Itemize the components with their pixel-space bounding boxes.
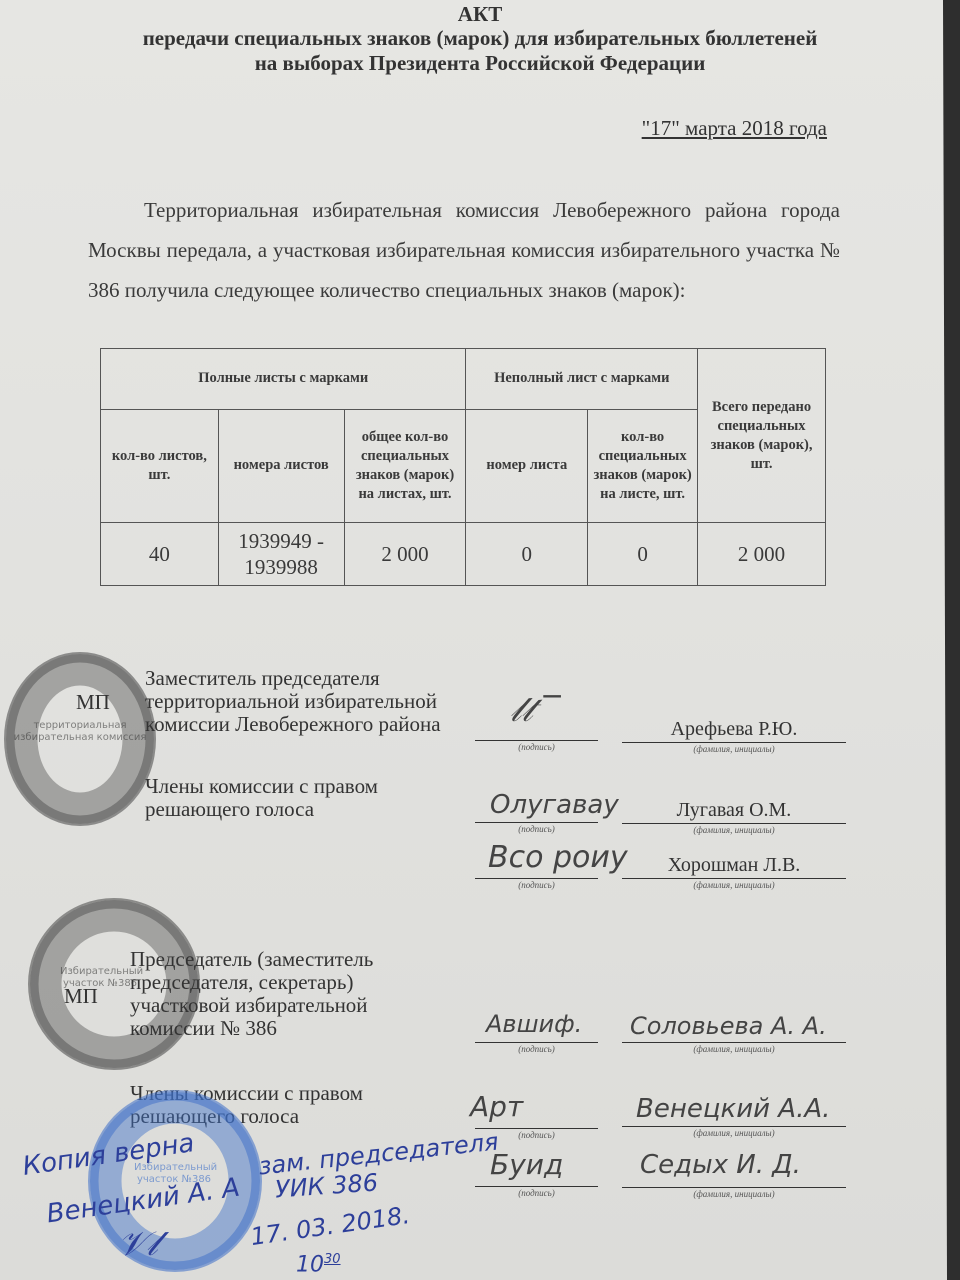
name-caption: (фамилия, инициалы) [622, 1044, 846, 1054]
col-sheet-numbers: номера листов [218, 409, 344, 522]
cert-signature: 𝒱𝓁 [118, 1224, 158, 1264]
tik-mp-label: МП [76, 690, 110, 715]
cell-sheet-numbers: 1939949 - 1939988 [218, 523, 344, 586]
col-partial-marks: кол-во специальных знаков (марок) на лис… [588, 409, 698, 522]
header-total: Всего передано специальных знаков (марок… [698, 349, 826, 523]
name-line [622, 742, 846, 743]
header-partial-sheet: Неполный лист с марками [466, 349, 698, 410]
member2-signature: Всо роиу [488, 840, 628, 875]
cell-total-transferred: 2 000 [698, 523, 826, 586]
cell-partial-marks: 0 [588, 523, 698, 586]
uik-role-label: Председатель (заместитель председателя, … [130, 948, 420, 1040]
marks-table: Полные листы с марками Неполный лист с м… [100, 348, 826, 586]
name-caption: (фамилия, инициалы) [622, 1189, 846, 1199]
name-caption: (фамилия, инициалы) [622, 825, 846, 835]
document-subtitle-line1: передачи специальных знаков (марок) для … [0, 26, 960, 51]
name-caption: (фамилия, инициалы) [622, 1128, 846, 1138]
name-line [622, 878, 846, 879]
tik-member-name-1: Лугавая О.М. [622, 799, 846, 822]
uik-member-name-1: Венецкий А.А. [636, 1094, 876, 1124]
signature-caption: (подпись) [475, 1044, 598, 1054]
uik-chair-name: Соловьева А. А. [630, 1012, 860, 1040]
name-caption: (фамилия, инициалы) [622, 880, 846, 890]
header-full-sheets: Полные листы с марками [101, 349, 466, 410]
col-total-marks: общее кол-во специальных знаков (марок) … [344, 409, 466, 522]
document-page: АКТ передачи специальных знаков (марок) … [0, 0, 947, 1280]
signature-line [475, 822, 598, 823]
cell-total-marks: 2 000 [344, 523, 466, 586]
name-line [622, 1126, 846, 1127]
cert-commission: УИК 386 [274, 1168, 379, 1203]
tik-member-name-2: Хорошман Л.В. [622, 854, 846, 877]
document-subtitle-line2: на выборах Президента Российской Федерац… [0, 51, 960, 76]
tik-stamp: территориальная избирательная комиссия [4, 652, 156, 826]
uik-member2-signature: Буид [490, 1148, 563, 1181]
tik-deputy-signature-line [475, 740, 598, 741]
name-line [622, 1042, 846, 1043]
signature-caption: (подпись) [475, 880, 598, 890]
uik-member1-signature: Арт [470, 1090, 523, 1123]
tik-stamp-center-text: территориальная избирательная комиссия [6, 720, 154, 744]
tik-role-label: Заместитель председателя территориальной… [145, 667, 475, 736]
table-row: 40 1939949 - 1939988 2 000 0 0 2 000 [101, 523, 826, 586]
body-paragraph: Территориальная избирательная комиссия Л… [88, 190, 840, 310]
signature-line [475, 878, 598, 879]
signature-line [475, 1042, 598, 1043]
name-line [622, 1187, 846, 1188]
cell-partial-number: 0 [466, 523, 588, 586]
document-title: АКТ [0, 2, 960, 27]
cert-date: 17. 03. 2018. [249, 1201, 412, 1251]
cert-position: зам. председателя [257, 1127, 500, 1180]
member1-signature: Олугавау [490, 790, 619, 820]
cert-time: 1030 [296, 1252, 341, 1277]
name-caption: (фамилия, инициалы) [622, 744, 846, 754]
col-partial-number: номер листа [466, 409, 588, 522]
signature-line [475, 1186, 598, 1187]
tik-deputy-signature: 𝓁𝓉 ‾ [510, 690, 561, 730]
uik-member-name-2: Седых И. Д. [640, 1150, 860, 1180]
uik-mp-label: МП [64, 984, 98, 1009]
cert-time-minutes: 30 [324, 1252, 341, 1267]
name-line [622, 823, 846, 824]
col-sheet-count: кол-во листов, шт. [101, 409, 219, 522]
uik-chair-signature: Авшиф. [486, 1010, 582, 1038]
signature-caption: (подпись) [475, 742, 598, 752]
cell-sheet-count: 40 [101, 523, 219, 586]
tik-deputy-name: Арефьева Р.Ю. [622, 718, 846, 741]
document-date: "17" марта 2018 года [642, 116, 827, 141]
tik-members-label: Члены комиссии с правом решающего голоса [145, 775, 445, 821]
signature-caption: (подпись) [475, 824, 598, 834]
signature-caption: (подпись) [475, 1188, 598, 1198]
body-text: Территориальная избирательная комиссия Л… [88, 198, 840, 302]
cert-time-hours: 10 [296, 1252, 324, 1277]
